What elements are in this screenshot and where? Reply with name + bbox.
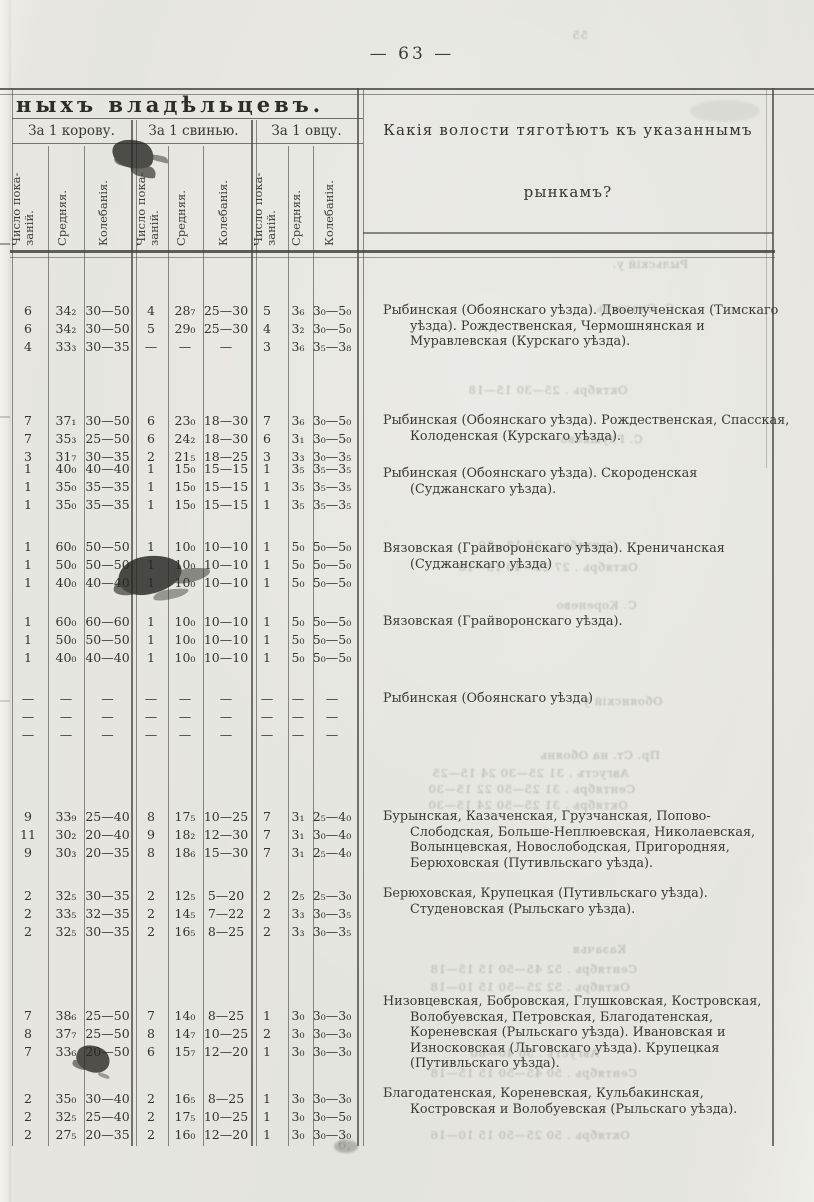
bleed-through-text: Октябрь . 31 25—50 24 15—30 xyxy=(428,798,628,812)
price-cell: 5 xyxy=(252,303,282,318)
price-cell: 10—25 xyxy=(203,1026,249,1041)
price-cell: 1 xyxy=(252,1127,282,1142)
price-row: 738₆25—50714₀8—2513₀3₀—3₀ xyxy=(0,1008,360,1026)
price-cell: 1 xyxy=(136,539,166,554)
price-cell: 35—35 xyxy=(84,479,131,494)
price-cell: 6 xyxy=(12,321,44,336)
price-cell: 10—25 xyxy=(203,1109,249,1124)
price-cell: 3₀—5₀ xyxy=(308,321,356,336)
price-cell: 2 xyxy=(12,1127,44,1142)
price-row: 733₆20—50615₇12—2013₀3₀—3₀ xyxy=(0,1044,360,1062)
price-cell: — xyxy=(308,691,356,706)
price-cell: 11 xyxy=(12,827,44,842)
price-row: 1130₂20—40918₂12—3073₁3₀—4₀ xyxy=(0,827,360,845)
price-row: 135₀35—35115₀15—1513₅3₅—3₅ xyxy=(0,497,360,515)
question-header-line2: рынкамъ? xyxy=(363,183,773,201)
price-cell: 1 xyxy=(136,479,166,494)
price-cell: 1 xyxy=(136,461,166,476)
price-row: 135₀35—35115₀15—1513₅3₅—3₅ xyxy=(0,479,360,497)
price-cell: 14₀ xyxy=(166,1008,204,1023)
price-cell: 1 xyxy=(252,1091,282,1106)
price-cell: 10₀ xyxy=(166,539,204,554)
price-cell: 1 xyxy=(136,650,166,665)
price-row: 634₂30—50529₀25—3043₂3₀—5₀ xyxy=(0,321,360,339)
price-cell: — xyxy=(308,727,356,742)
price-row: 735₃25—50624₂18—3063₁3₀—5₀ xyxy=(0,431,360,449)
price-cell: 3₅—3₅ xyxy=(308,461,356,476)
price-row: 837₇25—50814₇10—2523₀3₀—3₀ xyxy=(0,1026,360,1044)
price-cell: 7 xyxy=(12,1008,44,1023)
price-cell: 2 xyxy=(252,924,282,939)
price-cell: 28₇ xyxy=(166,303,204,318)
price-cell: 50—50 xyxy=(84,632,131,647)
price-cell: 33₃ xyxy=(48,339,84,354)
smudge-mark xyxy=(334,1140,358,1153)
price-cell: 1 xyxy=(252,557,282,572)
price-cell: 7 xyxy=(12,431,44,446)
price-cell: — xyxy=(166,727,204,742)
price-cell: 12—20 xyxy=(203,1044,249,1059)
price-row: 160₀50—50110₀10—1015₀5₀—5₀ xyxy=(0,539,360,557)
price-row: 160₀60—60110₀10—1015₀5₀—5₀ xyxy=(0,614,360,632)
volost-text: Рыбинская (Обоянскаго уѣзда). Двоелученс… xyxy=(383,303,792,350)
price-cell: 3₅—3₅ xyxy=(308,479,356,494)
price-cell: 2 xyxy=(252,906,282,921)
price-cell: 2₅—4₀ xyxy=(308,809,356,824)
price-row: 140₀40—40110₀10—1015₀5₀—5₀ xyxy=(0,650,360,668)
price-cell: 2₅—3₀ xyxy=(308,888,356,903)
price-cell: 23₀ xyxy=(166,413,204,428)
price-row: 433₃30—35———33₆3₅—3₈ xyxy=(0,339,360,357)
price-cell: 33₉ xyxy=(48,809,84,824)
price-row: ————————— xyxy=(0,691,360,709)
price-cell: 60—60 xyxy=(84,614,131,629)
price-cell: 5₀—5₀ xyxy=(308,575,356,590)
price-cell: 29₀ xyxy=(166,321,204,336)
price-cell: 3₀—5₀ xyxy=(308,1109,356,1124)
price-cell: 6 xyxy=(136,413,166,428)
volost-text: Берюховская, Крупецкая (Путивльскаго уѣз… xyxy=(383,886,792,917)
price-cell: — xyxy=(84,709,131,724)
price-cell: — xyxy=(48,691,84,706)
price-cell: 27₅ xyxy=(48,1127,84,1142)
column-group-pig: За 1 свинью. xyxy=(136,123,251,139)
price-cell: 2 xyxy=(136,888,166,903)
price-cell: 4 xyxy=(12,339,44,354)
price-cell: 10—10 xyxy=(203,539,249,554)
price-cell: 5₀—5₀ xyxy=(308,539,356,554)
price-row: ————————— xyxy=(0,709,360,727)
price-cell: 1 xyxy=(252,461,282,476)
price-cell: 3₀—5₀ xyxy=(308,431,356,446)
price-cell: 30—35 xyxy=(84,924,131,939)
price-cell: 35₀ xyxy=(48,497,84,512)
price-row: 150₀50—50110₀10—1015₀5₀—5₀ xyxy=(0,632,360,650)
price-cell: 7 xyxy=(136,1008,166,1023)
price-cell: 3₀—3₀ xyxy=(308,1044,356,1059)
price-cell: 7 xyxy=(252,845,282,860)
price-cell: — xyxy=(203,727,249,742)
price-cell: 1 xyxy=(12,497,44,512)
price-cell: 16₀ xyxy=(166,1127,204,1142)
price-cell: 1 xyxy=(252,1109,282,1124)
price-cell: 8—25 xyxy=(203,1008,249,1023)
price-cell: 15—15 xyxy=(203,497,249,512)
price-cell: 10₀ xyxy=(166,614,204,629)
price-cell: — xyxy=(12,727,44,742)
price-cell: 3₀—3₀ xyxy=(308,1091,356,1106)
price-cell: 30—35 xyxy=(84,339,131,354)
price-cell: 2 xyxy=(136,1127,166,1142)
price-cell: — xyxy=(12,709,44,724)
price-cell: 1 xyxy=(12,461,44,476)
smudge-mark xyxy=(690,100,760,122)
price-cell: 2 xyxy=(136,1091,166,1106)
price-cell: 1 xyxy=(12,539,44,554)
price-cell: 7 xyxy=(12,413,44,428)
price-cell: 7 xyxy=(252,413,282,428)
price-cell: 7 xyxy=(252,827,282,842)
price-cell: — xyxy=(136,727,166,742)
title-underline xyxy=(12,118,363,119)
header-bottom-rule xyxy=(10,250,775,253)
price-cell: 1 xyxy=(252,632,282,647)
price-cell: 3 xyxy=(252,339,282,354)
price-row: 930₃20—35818₆15—3073₁2₅—4₀ xyxy=(0,845,360,863)
price-cell: — xyxy=(136,691,166,706)
price-cell: — xyxy=(12,691,44,706)
price-cell: 5₀—5₀ xyxy=(308,614,356,629)
price-cell: — xyxy=(166,709,204,724)
price-row: 233₅32—35214₅7—2223₃3₀—3₅ xyxy=(0,906,360,924)
price-cell: 50₀ xyxy=(48,632,84,647)
price-cell: 15₇ xyxy=(166,1044,204,1059)
price-cell: 1 xyxy=(252,479,282,494)
price-cell: 25—40 xyxy=(84,809,131,824)
price-cell: 15₀ xyxy=(166,461,204,476)
price-cell: 1 xyxy=(12,479,44,494)
price-cell: 30—50 xyxy=(84,303,131,318)
price-row: 235₀30—40216₅8—2513₀3₀—3₀ xyxy=(0,1091,360,1109)
bleed-through-text: С. Глушково xyxy=(560,432,643,446)
price-cell: 38₆ xyxy=(48,1008,84,1023)
price-cell: 5₀—5₀ xyxy=(308,632,356,647)
price-cell: 30—50 xyxy=(84,321,131,336)
price-cell: 25—50 xyxy=(84,431,131,446)
price-cell: 1 xyxy=(12,632,44,647)
bleed-through-text: Октябрь . 25—30 15—18 xyxy=(468,383,628,397)
price-cell: — xyxy=(136,339,166,354)
price-cell: — xyxy=(136,709,166,724)
price-cell: 50—50 xyxy=(84,539,131,554)
price-cell: 2 xyxy=(12,888,44,903)
subheader-range-sheep: Колебанія. xyxy=(323,150,343,246)
subheader-range-pig: Колебанія. xyxy=(217,150,237,246)
price-cell: 5₀—5₀ xyxy=(308,650,356,665)
price-cell: — xyxy=(252,709,282,724)
price-cell: 10—10 xyxy=(203,650,249,665)
price-cell: 1 xyxy=(252,539,282,554)
question-header-line1: Какія волости тяготѣютъ къ указаннымъ xyxy=(363,121,773,139)
price-cell: 18₆ xyxy=(166,845,204,860)
price-cell: — xyxy=(84,691,131,706)
price-cell: 25—40 xyxy=(84,1109,131,1124)
price-cell: 10—10 xyxy=(203,632,249,647)
price-cell: 37₁ xyxy=(48,413,84,428)
textcol-left-rule-2 xyxy=(363,88,364,1146)
price-cell: 10₀ xyxy=(166,650,204,665)
price-cell: 35₀ xyxy=(48,1091,84,1106)
price-cell: 60₀ xyxy=(48,539,84,554)
page-number: — 63 — xyxy=(352,44,472,64)
price-cell: 32₅ xyxy=(48,888,84,903)
column-group-sheep: За 1 овцу. xyxy=(256,123,357,139)
price-cell: 1 xyxy=(136,497,166,512)
price-cell: 3₀—3₅ xyxy=(308,906,356,921)
price-cell: 4 xyxy=(252,321,282,336)
volost-text: Вязовская (Грайворонскаго уѣзда). xyxy=(383,614,792,630)
bleed-through-text: Октябрь . 50 25—50 15 10—16 xyxy=(430,1128,630,1142)
price-cell: 33₅ xyxy=(48,906,84,921)
price-cell: — xyxy=(84,727,131,742)
table-title-fragment: ныхъ владѣльцевъ. xyxy=(16,92,366,117)
price-cell: 2 xyxy=(136,906,166,921)
price-cell: 3₀—5₀ xyxy=(308,303,356,318)
bleed-through-text: Сентябрь . 25 18—50 xyxy=(478,538,617,552)
price-cell: — xyxy=(308,709,356,724)
price-cell: 18₂ xyxy=(166,827,204,842)
price-cell: 10—10 xyxy=(203,614,249,629)
price-cell: 10—25 xyxy=(203,809,249,824)
price-row: 232₅30—35212₅5—2022₅2₅—3₀ xyxy=(0,888,360,906)
price-cell: 15—30 xyxy=(203,845,249,860)
price-cell: 3₀—3₀ xyxy=(308,1008,356,1023)
price-cell: 3₅—3₅ xyxy=(308,497,356,512)
price-cell: 30—40 xyxy=(84,1091,131,1106)
price-cell: 40₀ xyxy=(48,461,84,476)
price-cell: 6 xyxy=(136,431,166,446)
price-cell: 6 xyxy=(136,1044,166,1059)
price-cell: 10₀ xyxy=(166,632,204,647)
price-row: 232₅25—40217₅10—2513₀3₀—5₀ xyxy=(0,1109,360,1127)
price-cell: 1 xyxy=(136,632,166,647)
price-cell: 8 xyxy=(136,809,166,824)
price-cell: 25—50 xyxy=(84,1008,131,1023)
volost-text: Благодатенская, Кореневская, Кульбакинск… xyxy=(383,1086,792,1117)
right-border-faint xyxy=(766,88,767,468)
price-cell: 32—35 xyxy=(84,906,131,921)
subheader-range-cow: Колебанія. xyxy=(97,150,117,246)
price-row: 227₅20—35216₀12—2013₀3₀—3₀ xyxy=(0,1127,360,1145)
bleed-through-text: Рыльскій у. xyxy=(612,257,688,271)
price-cell: 3₅—3₈ xyxy=(308,339,356,354)
bleed-through-text: Октябрь . 27 25—40 15—18 xyxy=(458,560,638,574)
price-cell: 30₂ xyxy=(48,827,84,842)
price-row: 737₁30—50623₀18—3073₆3₀—5₀ xyxy=(0,413,360,431)
bleed-through-text: Августъ . 31 25—30 24 15—25 xyxy=(432,766,629,780)
price-row: ————————— xyxy=(0,727,360,745)
price-cell: 1 xyxy=(252,614,282,629)
price-row: 634₂30—50428₇25—3053₆3₀—5₀ xyxy=(0,303,360,321)
price-cell: 4 xyxy=(136,303,166,318)
price-cell: 1 xyxy=(12,614,44,629)
price-cell: 8—25 xyxy=(203,1091,249,1106)
price-cell: 1 xyxy=(12,575,44,590)
price-cell: 1 xyxy=(252,650,282,665)
price-cell: 5 xyxy=(136,321,166,336)
price-cell: 2 xyxy=(136,1109,166,1124)
price-cell: 16₅ xyxy=(166,1091,204,1106)
bleed-through-text: С. Снагость xyxy=(596,301,674,315)
price-cell: 10—10 xyxy=(203,575,249,590)
bleed-through-text: С. Коренево xyxy=(556,598,637,612)
question-box-bottom-rule xyxy=(363,232,773,234)
price-cell: 3₀—5₀ xyxy=(308,413,356,428)
subheader-count-cow: Число пока- заній. xyxy=(10,150,42,246)
price-cell: 5₀—5₀ xyxy=(308,557,356,572)
price-cell: 20—40 xyxy=(84,827,131,842)
price-cell: 14₅ xyxy=(166,906,204,921)
price-cell: 40₀ xyxy=(48,575,84,590)
price-cell: 37₇ xyxy=(48,1026,84,1041)
price-cell: 32₅ xyxy=(48,1109,84,1124)
volost-text: Рыбинская (Обоянскаго уѣзда). Скороденск… xyxy=(383,466,792,497)
price-cell: 25—30 xyxy=(203,303,249,318)
price-cell: — xyxy=(203,339,249,354)
bleed-through-text: Казачья xyxy=(572,942,626,956)
price-cell: 1 xyxy=(252,1008,282,1023)
price-cell: 30—50 xyxy=(84,413,131,428)
price-row: 140₀40—40110₀10—1015₀5₀—5₀ xyxy=(0,575,360,593)
price-cell: 20—35 xyxy=(84,1127,131,1142)
price-cell: 3₀—3₅ xyxy=(308,924,356,939)
subheader-avg-pig: Средняя. xyxy=(175,150,195,246)
price-cell: 6 xyxy=(12,303,44,318)
bleed-through-text: 55 xyxy=(572,28,588,42)
price-cell: 18—30 xyxy=(203,413,249,428)
price-cell: 1 xyxy=(252,1044,282,1059)
bleed-through-text: Октябрь . 52 25—50 15 10—18 xyxy=(430,980,630,994)
price-cell: 1 xyxy=(12,650,44,665)
price-cell: 35₀ xyxy=(48,479,84,494)
bleed-through-text: Августъ . 50 40—60 xyxy=(470,1046,599,1060)
price-cell: 7 xyxy=(252,809,282,824)
price-cell: 2 xyxy=(12,906,44,921)
price-cell: 3₀—3₀ xyxy=(308,1026,356,1041)
volost-text: Низовцевская, Бобровская, Глушковская, К… xyxy=(383,994,792,1072)
price-cell: 1 xyxy=(12,557,44,572)
price-cell: 2 xyxy=(12,1091,44,1106)
scanned-page: — 63 — ныхъ владѣльцевъ. За 1 корову. За… xyxy=(0,0,814,1202)
price-cell: 8—25 xyxy=(203,924,249,939)
price-cell: 18—30 xyxy=(203,431,249,446)
price-cell: 20—35 xyxy=(84,845,131,860)
price-cell: 15—15 xyxy=(203,461,249,476)
price-cell: 2 xyxy=(252,1026,282,1041)
price-cell: 8 xyxy=(136,845,166,860)
price-cell: 40—40 xyxy=(84,650,131,665)
price-cell: — xyxy=(252,727,282,742)
bleed-through-text: Пр. Ст. на Обоянь xyxy=(540,748,660,762)
price-cell: 40—40 xyxy=(84,461,131,476)
subheader-avg-cow: Средняя. xyxy=(56,150,76,246)
price-cell: 10—10 xyxy=(203,557,249,572)
price-cell: 17₅ xyxy=(166,809,204,824)
price-cell: 6 xyxy=(252,431,282,446)
price-cell: 25—50 xyxy=(84,1026,131,1041)
price-cell: 30₃ xyxy=(48,845,84,860)
price-cell: 2 xyxy=(12,924,44,939)
price-cell: 5—20 xyxy=(203,888,249,903)
price-cell: 9 xyxy=(12,845,44,860)
price-cell: 7—22 xyxy=(203,906,249,921)
bleed-through-text: Сентябрь . 31 25—50 22 15—30 xyxy=(428,782,635,796)
price-cell: 32₅ xyxy=(48,924,84,939)
price-cell: — xyxy=(48,727,84,742)
top-rule xyxy=(0,88,814,90)
price-cell: 34₂ xyxy=(48,321,84,336)
price-cell: 2 xyxy=(12,1109,44,1124)
bleed-through-text: Сентябрь . 52 45—50 15 15—18 xyxy=(430,962,637,976)
price-cell: 40₀ xyxy=(48,650,84,665)
price-row: 232₅30—35216₅8—2523₃3₀—3₅ xyxy=(0,924,360,942)
price-cell: 35₃ xyxy=(48,431,84,446)
price-row: 933₉25—40817₅10—2573₁2₅—4₀ xyxy=(0,809,360,827)
price-cell: 17₅ xyxy=(166,1109,204,1124)
price-cell: 9 xyxy=(136,827,166,842)
bleed-through-text: Обоянскій у. xyxy=(578,694,662,708)
price-cell: 15₀ xyxy=(166,479,204,494)
price-cell: 14₇ xyxy=(166,1026,204,1041)
price-cell: 1 xyxy=(252,497,282,512)
price-cell: 15—15 xyxy=(203,479,249,494)
price-cell: — xyxy=(252,691,282,706)
bleed-through-text: Сентябрь . 50 45—50 15 15—18 xyxy=(430,1066,637,1080)
price-cell: 25—30 xyxy=(203,321,249,336)
price-cell: 12₅ xyxy=(166,888,204,903)
price-cell: 8 xyxy=(136,1026,166,1041)
price-cell: — xyxy=(166,339,204,354)
price-cell: 2 xyxy=(252,888,282,903)
group-header-underline xyxy=(12,143,363,144)
price-cell: 1 xyxy=(252,575,282,590)
price-row: 140₀40—40115₀15—1513₅3₅—3₅ xyxy=(0,461,360,479)
price-cell: 35—35 xyxy=(84,497,131,512)
column-group-cow: За 1 корову. xyxy=(12,123,131,139)
price-cell: 12—30 xyxy=(203,827,249,842)
price-cell: — xyxy=(203,709,249,724)
price-cell: 16₅ xyxy=(166,924,204,939)
price-cell: 8 xyxy=(12,1026,44,1041)
price-cell: 30—35 xyxy=(84,888,131,903)
price-cell: 7 xyxy=(12,1044,44,1059)
price-cell: 2 xyxy=(136,924,166,939)
volost-text: Бурынская, Казаченская, Грузчанская, Поп… xyxy=(383,809,792,871)
price-cell: 3₀—4₀ xyxy=(308,827,356,842)
price-cell: 50₀ xyxy=(48,557,84,572)
price-cell: 9 xyxy=(12,809,44,824)
price-cell: — xyxy=(166,691,204,706)
subheader-avg-sheep: Средняя. xyxy=(290,150,310,246)
price-cell: 15₀ xyxy=(166,497,204,512)
price-cell: — xyxy=(48,709,84,724)
price-cell: — xyxy=(203,691,249,706)
price-cell: 60₀ xyxy=(48,614,84,629)
price-cell: 2₅—4₀ xyxy=(308,845,356,860)
price-cell: 34₂ xyxy=(48,303,84,318)
price-cell: 1 xyxy=(136,614,166,629)
price-cell: 24₂ xyxy=(166,431,204,446)
